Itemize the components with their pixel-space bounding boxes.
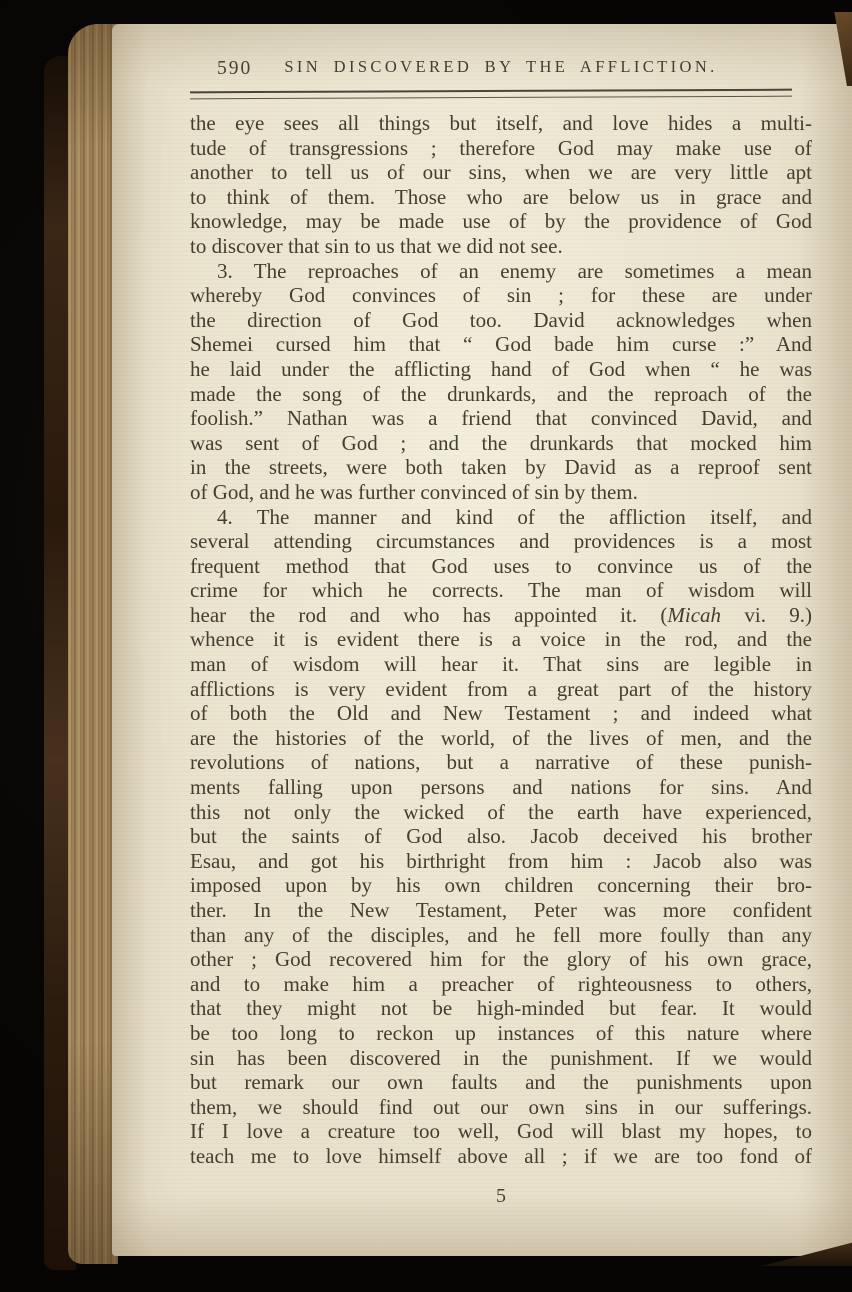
text-line: Shemei cursed him that “ God bade him cu… — [190, 332, 812, 357]
page-number: 590 — [217, 58, 252, 80]
text-line: the eye sees all things but itself, and … — [190, 111, 812, 136]
text-line: other ; God recovered him for the glory … — [190, 947, 812, 972]
text-line: of God, and he was further convinced of … — [190, 480, 812, 505]
text-line: of both the Old and New Testament ; and … — [190, 701, 812, 726]
text-line: 4. The manner and kind of the affliction… — [190, 505, 812, 530]
text-line: Esau, and got his birthright from him : … — [190, 849, 812, 874]
text-line: to discover that sin to us that we did n… — [190, 234, 812, 259]
running-head: 590 SIN DISCOVERED BY THE AFFLICTION. — [190, 57, 812, 82]
page-content: 590 SIN DISCOVERED BY THE AFFLICTION. th… — [112, 24, 852, 1256]
stacked-page-edges — [68, 24, 118, 1264]
text-line: that they might not be high-minded but f… — [190, 996, 812, 1021]
text-line: man of wisdom will hear it. That sins ar… — [190, 652, 812, 677]
text-line: but remark our own faults and the punish… — [190, 1070, 812, 1095]
text-line: another to tell us of our sins, when we … — [190, 160, 812, 185]
text-line: and to make him a preacher of righteousn… — [190, 972, 812, 997]
scanned-book-photo: 590 SIN DISCOVERED BY THE AFFLICTION. th… — [0, 0, 852, 1292]
paragraph: the eye sees all things but itself, and … — [190, 111, 812, 259]
text-line: tude of transgressions ; therefore God m… — [190, 136, 812, 161]
text-line: to think of them. Those who are below us… — [190, 185, 812, 210]
text-line: them, we should find out our own sins in… — [190, 1095, 812, 1120]
text-line: whence it is evident there is a voice in… — [190, 627, 812, 652]
text-line: crime for which he corrects. The man of … — [190, 578, 812, 603]
text-line: foolish.” Nathan was a friend that convi… — [190, 406, 812, 431]
text-line: but the saints of God also. Jacob deceiv… — [190, 824, 812, 849]
paragraph: 3. The reproaches of an enemy are someti… — [190, 259, 812, 505]
book-page: 590 SIN DISCOVERED BY THE AFFLICTION. th… — [112, 24, 852, 1256]
text-line: sin has been discovered in the punishmen… — [190, 1046, 812, 1071]
text-line: afflictions is very evident from a great… — [190, 677, 812, 702]
text-line: ments falling upon persons and nations f… — [190, 775, 812, 800]
text-line: knowledge, may be made use of by the pro… — [190, 209, 812, 234]
text-line: frequent method that God uses to convinc… — [190, 554, 812, 579]
text-line: this not only the wicked of the earth ha… — [190, 800, 812, 825]
text-line: teach me to love himself above all ; if … — [190, 1144, 812, 1169]
text-line: than any of the disciples, and he fell m… — [190, 923, 812, 948]
text-line: several attending circumstances and prov… — [190, 529, 812, 554]
text-line: whereby God convinces of sin ; for these… — [190, 283, 812, 308]
text-line: revolutions of nations, but a narrative … — [190, 750, 812, 775]
text-line: 3. The reproaches of an enemy are someti… — [190, 259, 812, 284]
text-line: are the histories of the world, of the l… — [190, 726, 812, 751]
text-line: made the song of the drunkards, and the … — [190, 382, 812, 407]
text-line: the direction of God too. David acknowle… — [190, 308, 812, 333]
text-line: in the streets, were both taken by David… — [190, 455, 812, 480]
text-line: imposed upon by his own children concern… — [190, 873, 812, 898]
running-title: SIN DISCOVERED BY THE AFFLICTION. — [284, 57, 717, 76]
signature-mark: 5 — [190, 1185, 812, 1208]
text-line: If I love a creature too well, God will … — [190, 1119, 812, 1144]
paragraph: 4. The manner and kind of the affliction… — [190, 505, 812, 1169]
text-line: hear the rod and who has appointed it. (… — [190, 603, 812, 628]
text-line: ther. In the New Testament, Peter was mo… — [190, 898, 812, 923]
text-line: be too long to reckon up instances of th… — [190, 1021, 812, 1046]
double-rule — [190, 89, 792, 100]
text-line: he laid under the afflicting hand of God… — [190, 357, 812, 382]
text-block: the eye sees all things but itself, and … — [190, 111, 812, 1169]
text-line: was sent of God ; and the drunkards that… — [190, 431, 812, 456]
